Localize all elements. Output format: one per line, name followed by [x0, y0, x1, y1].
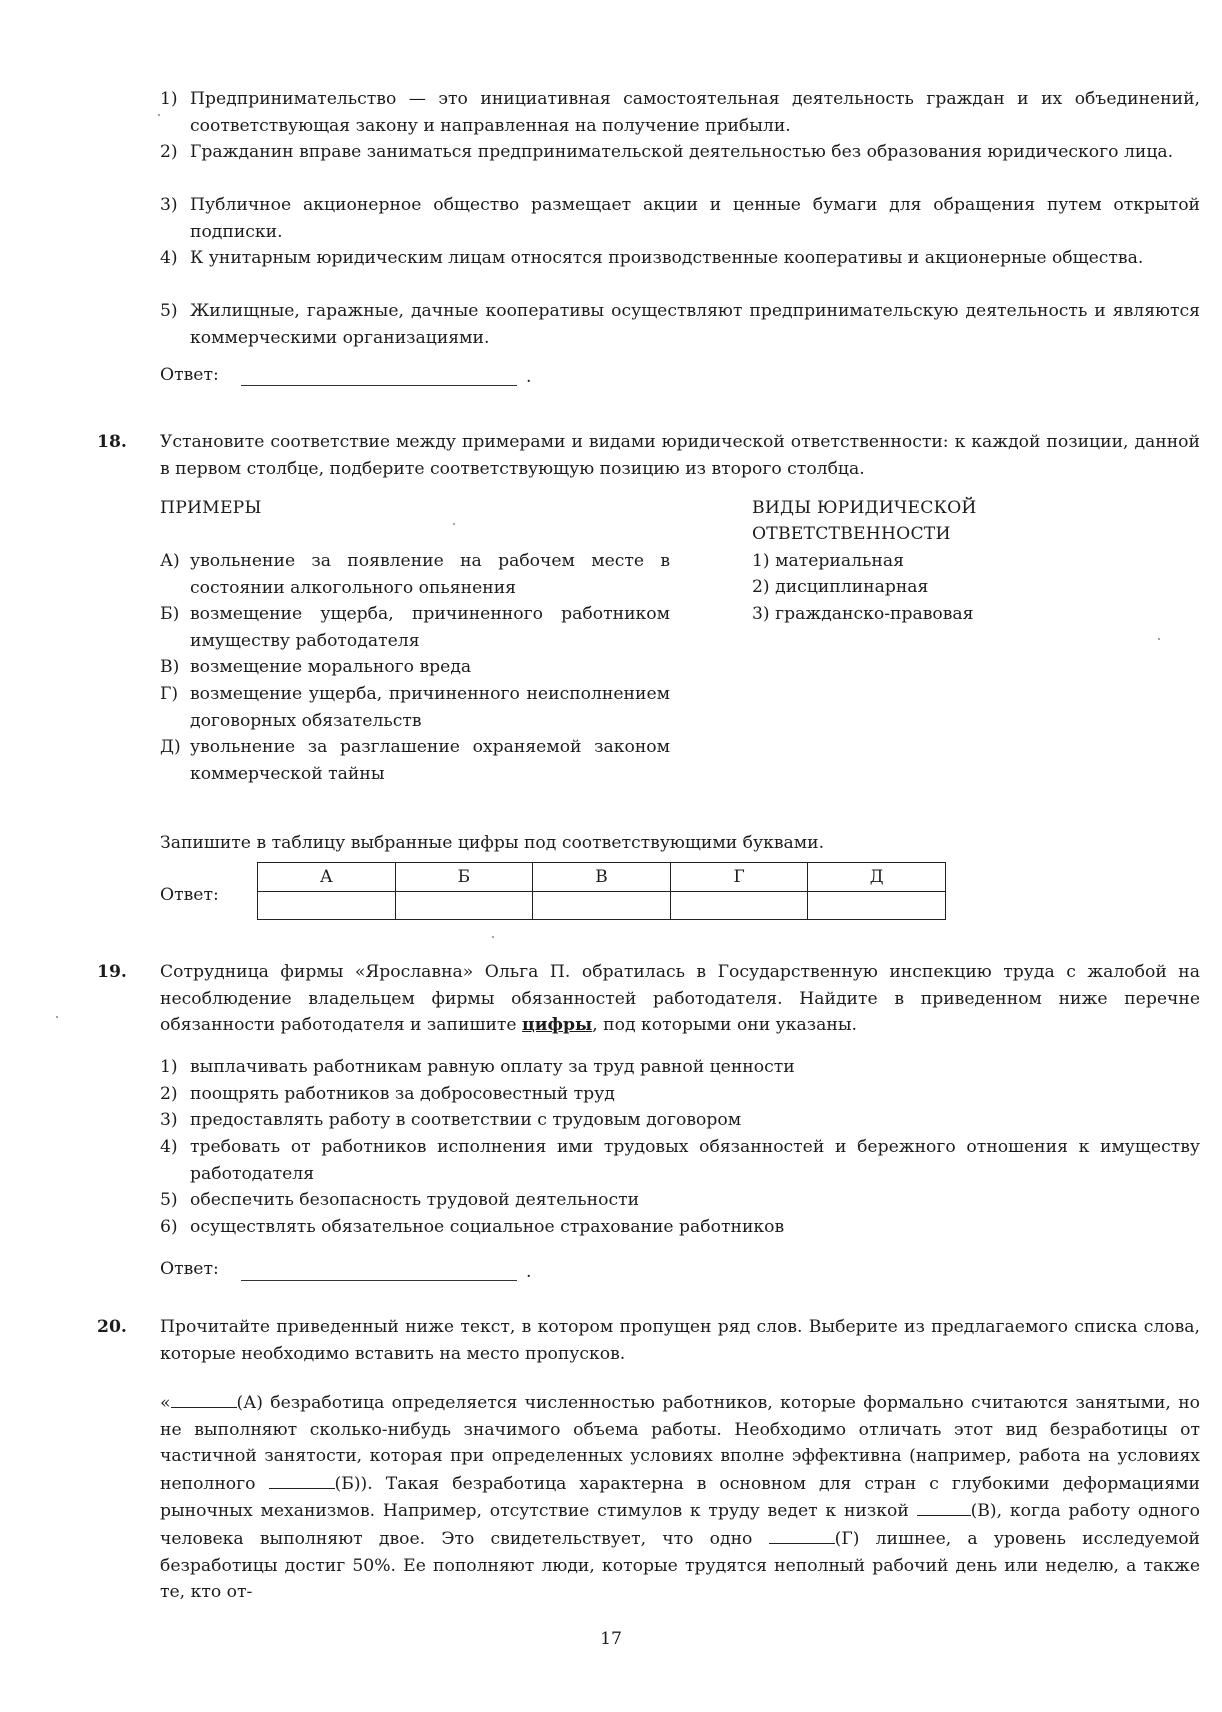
kind-text: дисциплинарная — [775, 577, 928, 597]
option-text: Жилищные, гаражные, дачные кооперативы о… — [160, 298, 1200, 351]
q18-kinds-heading-line2: ОТВЕТСТВЕННОСТИ — [752, 521, 951, 548]
blank-v[interactable] — [917, 1497, 971, 1516]
scan-speck — [56, 1016, 58, 1018]
q17-option-1: 1) Предпринимательство — это инициативна… — [160, 86, 1200, 139]
q17-answer-field[interactable] — [241, 385, 517, 386]
q19-answer-dot: . — [526, 1259, 531, 1286]
scan-speck — [453, 523, 455, 525]
q19-prompt-emphasis: цифры — [522, 1015, 592, 1035]
page-number: 17 — [0, 1626, 1222, 1653]
q19-number: 19. — [97, 959, 127, 986]
q17-option-2: 2) Гражданин вправе заниматься предприни… — [160, 139, 1200, 166]
kind-text: материальная — [775, 551, 904, 571]
q19-answer-label: Ответ: — [160, 1256, 219, 1283]
blank-b[interactable] — [269, 1470, 335, 1489]
q20-prompt: Прочитайте приведенный ниже текст, в кот… — [160, 1314, 1200, 1367]
answer-cell-b[interactable] — [395, 891, 533, 920]
q18-kind-2: 2) дисциплинарная — [752, 574, 928, 601]
example-letter: В) — [160, 654, 179, 681]
q18-example-b: Б) возмещение ущерба, причиненного работ… — [160, 601, 670, 654]
q20-passage: «(А) безработица определяется численност… — [160, 1389, 1200, 1606]
q18-example-a: А) увольнение за появление на рабочем ме… — [160, 548, 670, 601]
kind-number: 3) — [752, 604, 770, 624]
option-number: 4) — [160, 1134, 178, 1161]
scan-speck — [492, 936, 494, 938]
answer-table-value-row — [258, 891, 946, 920]
option-number: 5) — [160, 298, 178, 325]
option-number: 2) — [160, 1081, 178, 1108]
q19-option-4: 4) требовать от работников исполнения им… — [160, 1134, 1200, 1187]
q18-table-instruction: Запишите в таблицу выбранные цифры под с… — [160, 830, 824, 857]
example-text: увольнение за разглашение охраняемой зак… — [160, 734, 670, 787]
example-letter: Г) — [160, 681, 178, 708]
option-text: Предпринимательство — это инициативная с… — [160, 86, 1200, 139]
q19-option-1: 1) выплачивать работникам равную оплату … — [160, 1054, 1200, 1081]
option-number: 1) — [160, 1054, 178, 1081]
option-text: предоставлять работу в соответствии с тр… — [160, 1107, 1200, 1134]
q17-answer-label: Ответ: — [160, 362, 219, 389]
q18-kind-3: 3) гражданско-правовая — [752, 601, 974, 628]
document-page: 1) Предпринимательство — это инициативна… — [0, 0, 1222, 1712]
option-text: К унитарным юридическим лицам относятся … — [160, 245, 1200, 272]
answer-cell-d[interactable] — [808, 891, 946, 920]
option-number: 1) — [160, 86, 178, 113]
option-text: требовать от работников исполнения ими т… — [160, 1134, 1200, 1187]
option-number: 6) — [160, 1214, 178, 1241]
q19-answer-field[interactable] — [241, 1280, 517, 1281]
answer-table-header-d: Д — [808, 863, 946, 892]
q18-number: 18. — [97, 429, 127, 456]
answer-cell-g[interactable] — [670, 891, 808, 920]
example-letter: А) — [160, 548, 180, 575]
option-text: Публичное акционерное общество размещает… — [160, 192, 1200, 245]
blank-a[interactable] — [171, 1389, 237, 1408]
blank-g[interactable] — [769, 1525, 835, 1544]
q17-option-4: 4) К унитарным юридическим лицам относят… — [160, 245, 1200, 272]
answer-cell-v[interactable] — [533, 891, 671, 920]
q19-option-5: 5) обеспечить безопасность трудовой деят… — [160, 1187, 1200, 1214]
kind-number: 1) — [752, 551, 770, 571]
example-text: возмещение ущерба, причиненного неисполн… — [160, 681, 670, 734]
q20-number: 20. — [97, 1314, 127, 1341]
answer-table-header-b: Б — [395, 863, 533, 892]
option-number: 3) — [160, 192, 178, 219]
kind-text: гражданско-правовая — [775, 604, 973, 624]
answer-cell-a[interactable] — [258, 891, 396, 920]
scan-speck — [158, 114, 160, 116]
option-number: 2) — [160, 139, 178, 166]
answer-table-header-a: А — [258, 863, 396, 892]
q18-example-d: Д) увольнение за разглашение охраняемой … — [160, 734, 670, 787]
q19-prompt: Сотрудница фирмы «Ярославна» Ольга П. об… — [160, 959, 1200, 1039]
q18-answer-table: А Б В Г Д — [257, 862, 946, 920]
scan-speck — [1158, 638, 1160, 640]
example-letter: Д) — [160, 734, 181, 761]
q18-examples-heading: ПРИМЕРЫ — [160, 495, 262, 522]
q17-option-3: 3) Публичное акционерное общество размещ… — [160, 192, 1200, 245]
q19-prompt-part2: , под которыми они указаны. — [592, 1015, 857, 1035]
q18-kind-1: 1) материальная — [752, 548, 904, 575]
answer-table-header-row: А Б В Г Д — [258, 863, 946, 892]
option-text: Гражданин вправе заниматься предпринимат… — [160, 139, 1200, 166]
option-text: поощрять работников за добросовестный тр… — [160, 1081, 1200, 1108]
option-text: обеспечить безопасность трудовой деятель… — [160, 1187, 1200, 1214]
q18-prompt: Установите соответствие между примерами … — [160, 429, 1200, 482]
q19-option-6: 6) осуществлять обязательное социальное … — [160, 1214, 1200, 1241]
q18-example-g: Г) возмещение ущерба, причиненного неисп… — [160, 681, 670, 734]
option-number: 5) — [160, 1187, 178, 1214]
q18-kinds-heading-line1: ВИДЫ ЮРИДИЧЕСКОЙ — [752, 495, 977, 522]
q19-option-2: 2) поощрять работников за добросовестный… — [160, 1081, 1200, 1108]
example-text: возмещение морального вреда — [160, 654, 670, 681]
option-text: выплачивать работникам равную оплату за … — [160, 1054, 1200, 1081]
answer-table-header-g: Г — [670, 863, 808, 892]
example-text: увольнение за появление на рабочем месте… — [160, 548, 670, 601]
option-number: 4) — [160, 245, 178, 272]
option-text: осуществлять обязательное социальное стр… — [160, 1214, 1200, 1241]
option-number: 3) — [160, 1107, 178, 1134]
example-text: возмещение ущерба, причиненного работник… — [160, 601, 670, 654]
answer-table-header-v: В — [533, 863, 671, 892]
q19-option-3: 3) предоставлять работу в соответствии с… — [160, 1107, 1200, 1134]
q17-option-5: 5) Жилищные, гаражные, дачные кооператив… — [160, 298, 1200, 351]
kind-number: 2) — [752, 577, 770, 597]
q18-example-v: В) возмещение морального вреда — [160, 654, 670, 681]
q18-answer-label: Ответ: — [160, 882, 219, 909]
open-quote: « — [160, 1393, 171, 1413]
q17-answer-dot: . — [526, 364, 531, 391]
example-letter: Б) — [160, 601, 179, 628]
